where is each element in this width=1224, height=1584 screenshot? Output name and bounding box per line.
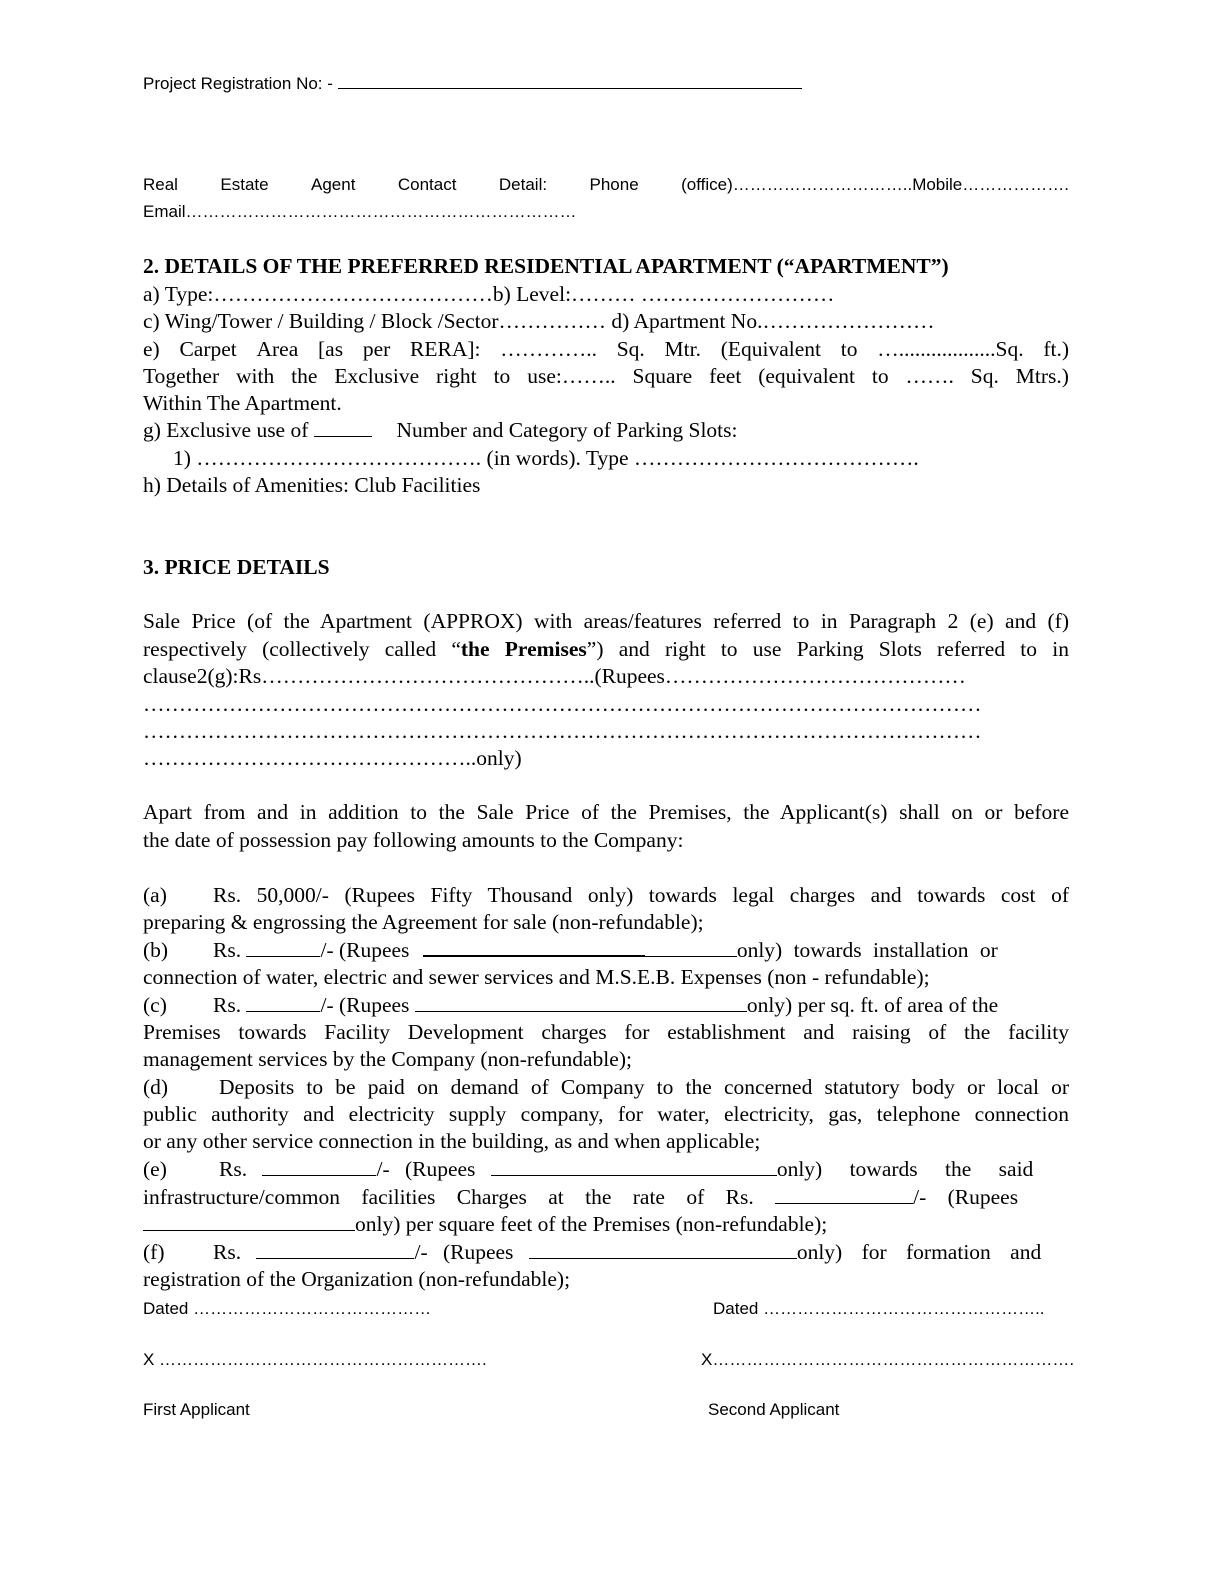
sale-price-text: respectively (collectively called “ bbox=[143, 637, 461, 661]
item-f-tail: only) for formation and bbox=[797, 1240, 1041, 1264]
exclusive-right-word: Sq. bbox=[971, 363, 999, 390]
project-registration-field[interactable] bbox=[338, 74, 802, 89]
agent-contact-word: (office)…………………………..Mobile………………. bbox=[681, 175, 1069, 195]
item-a-label: (a) bbox=[143, 882, 213, 909]
rupees-text: /- (Rupees bbox=[320, 938, 409, 962]
within-apartment-line: Within The Apartment. bbox=[143, 390, 1069, 417]
agent-contact-word: Detail: bbox=[499, 175, 547, 195]
item-f-line-1: (f)Rs. /- (Rupees only) for formation an… bbox=[143, 1239, 1069, 1266]
agent-contact-word: Contact bbox=[398, 175, 457, 195]
item-d-text: Deposits to be paid on demand of Company… bbox=[219, 1074, 1069, 1101]
rs-text: Rs. bbox=[213, 938, 241, 962]
item-a-line-1: (a) Rs. 50,000/- (Rupees Fifty Thousand … bbox=[143, 882, 1069, 909]
item-f-line-2: registration of the Organization (non-re… bbox=[143, 1266, 1069, 1293]
additional-amounts-line-1: Apart from and in addition to the Sale P… bbox=[143, 799, 1069, 826]
rupees-text: /- (Rupees bbox=[320, 993, 409, 1017]
exclusive-right-word: Square bbox=[633, 363, 693, 390]
carpet-area-word: Mtr. bbox=[665, 336, 701, 363]
parking-count-field[interactable] bbox=[314, 418, 372, 437]
item-d-line-1: (d) Deposits to be paid on demand of Com… bbox=[143, 1074, 1069, 1101]
item-e-line-2: infrastructure/common facilities Charges… bbox=[143, 1184, 1069, 1211]
carpet-area-word: ft.) bbox=[1043, 336, 1069, 363]
item-e-tail: only) towards the said bbox=[777, 1157, 1033, 1181]
carpet-area-word: RERA]: bbox=[410, 336, 480, 363]
item-c-line-1: (c)Rs. /- (Rupees only) per sq. ft. of a… bbox=[143, 992, 1069, 1019]
item-c-line-3: management services by the Company (non-… bbox=[143, 1046, 1069, 1073]
section-2-title: 2. DETAILS OF THE PREFERRED RESIDENTIAL … bbox=[143, 253, 1069, 280]
item-c-label: (c) bbox=[143, 992, 213, 1019]
agent-email-line: Email…………………………………………………………… bbox=[143, 202, 1069, 222]
project-registration-label: Project Registration No: - bbox=[143, 74, 333, 93]
carpet-area-line: e)CarpetArea[asperRERA]:…………..Sq.Mtr.(Eq… bbox=[143, 336, 1069, 363]
item-f-amount-field[interactable] bbox=[256, 1240, 414, 1259]
item-e-words-field[interactable] bbox=[491, 1157, 777, 1176]
additional-amounts-line-2: the date of possession pay following amo… bbox=[143, 827, 1069, 854]
sale-price-rs-line: clause2(g):Rs………………………………………..(Rupees………… bbox=[143, 663, 1069, 690]
item-f-label: (f) bbox=[143, 1239, 213, 1266]
rupees-only-line: ………………………………………..only) bbox=[143, 745, 1069, 772]
item-d-line-3: or any other service connection in the b… bbox=[143, 1128, 1069, 1155]
item-e-rate-words-field[interactable] bbox=[143, 1212, 355, 1231]
sale-price-text: ”) and right to use Parking Slots referr… bbox=[587, 637, 1069, 661]
agent-contact-word: Estate bbox=[220, 175, 268, 195]
exclusive-right-word: with bbox=[236, 363, 274, 390]
item-b-label: (b) bbox=[143, 937, 213, 964]
parking-suffix: Number and Category of Parking Slots: bbox=[397, 418, 738, 442]
premises-term: the Premises bbox=[461, 637, 587, 661]
carpet-area-word: ………….. bbox=[500, 336, 597, 363]
parking-line: g) Exclusive use of Number and Category … bbox=[143, 417, 1069, 444]
item-c-words-field[interactable] bbox=[415, 993, 747, 1012]
carpet-area-word: per bbox=[363, 336, 390, 363]
rupees-dots-line-2[interactable]: ……………………………………………………………………………………………………… bbox=[143, 718, 1069, 745]
item-e-label: (e) bbox=[143, 1156, 219, 1183]
exclusive-right-word: ……. bbox=[906, 363, 954, 390]
item-c-amount-field[interactable] bbox=[246, 993, 320, 1012]
carpet-area-word: …..................Sq. bbox=[877, 336, 1023, 363]
item-e-amount-field[interactable] bbox=[262, 1157, 376, 1176]
exclusive-right-word: use:…….. bbox=[527, 363, 615, 390]
item-b-amount-field[interactable] bbox=[246, 938, 320, 957]
type-level-line: a) Type:…………………………………b) Level:……… ………………… bbox=[143, 281, 1069, 308]
item-a-line-2: preparing & engrossing the Agreement for… bbox=[143, 909, 1069, 936]
dated-right[interactable]: Dated ………………………………………….. bbox=[713, 1299, 1045, 1319]
item-e-line-3: only) per square feet of the Premises (n… bbox=[143, 1211, 1069, 1238]
exclusive-right-word: Exclusive bbox=[334, 363, 419, 390]
exclusive-right-word: feet bbox=[709, 363, 741, 390]
wing-apartment-line: c) Wing/Tower / Building / Block /Sector… bbox=[143, 308, 1069, 335]
item-e-line-3-text: only) per square feet of the Premises (n… bbox=[355, 1212, 827, 1236]
rupees-text: /- (Rupees bbox=[414, 1240, 513, 1264]
carpet-area-word: Area bbox=[256, 336, 298, 363]
carpet-area-word: Sq. bbox=[617, 336, 645, 363]
exclusive-right-word: right bbox=[436, 363, 477, 390]
item-c-line-2: Premises towards Facility Development ch… bbox=[143, 1019, 1069, 1046]
sale-price-line-2: respectively (collectively called “the P… bbox=[143, 636, 1069, 663]
item-d-label: (d) bbox=[143, 1074, 219, 1101]
rupees-text: /- (Rupees bbox=[913, 1185, 1018, 1209]
rs-text: Rs. bbox=[219, 1157, 247, 1181]
agent-contact-word: Real bbox=[143, 175, 178, 195]
item-f-words-field[interactable] bbox=[529, 1240, 797, 1259]
exclusive-right-word: Mtrs.) bbox=[1016, 363, 1069, 390]
parking-prefix: g) Exclusive use of bbox=[143, 418, 308, 442]
exclusive-right-line: TogetherwiththeExclusiverighttouse:……..S… bbox=[143, 363, 1069, 390]
item-e-rate-text: infrastructure/common facilities Charges… bbox=[143, 1185, 754, 1209]
rupees-text: /- (Rupees bbox=[376, 1157, 475, 1181]
exclusive-right-word: Together bbox=[143, 363, 219, 390]
item-d-line-2: public authority and electricity supply … bbox=[143, 1101, 1069, 1128]
agent-contact-line: RealEstateAgentContactDetail:Phone(offic… bbox=[143, 175, 1069, 195]
exclusive-right-word: to bbox=[494, 363, 511, 390]
rupees-dots-line-1[interactable]: ……………………………………………………………………………………………………… bbox=[143, 691, 1069, 718]
section-3-title: 3. PRICE DETAILS bbox=[143, 554, 1069, 581]
amenities-line: h) Details of Amenities: Club Facilities bbox=[143, 472, 1069, 499]
carpet-area-word: [as bbox=[318, 336, 343, 363]
item-b-line-1: (b)Rs. /- (Rupees only) towards installa… bbox=[143, 937, 1069, 964]
exclusive-right-word: to bbox=[872, 363, 889, 390]
sale-price-line-1: Sale Price (of the Apartment (APPROX) wi… bbox=[143, 608, 1069, 635]
first-applicant-label: First Applicant bbox=[143, 1400, 1069, 1420]
carpet-area-word: e) bbox=[143, 336, 160, 363]
rs-text: Rs. bbox=[213, 1240, 241, 1264]
carpet-area-word: to bbox=[841, 336, 858, 363]
rs-text: Rs. bbox=[213, 993, 241, 1017]
item-b-line-2: connection of water, electric and sewer … bbox=[143, 964, 1069, 991]
project-registration-line: Project Registration No: - bbox=[143, 74, 1069, 94]
carpet-area-word: (Equivalent bbox=[721, 336, 821, 363]
item-b-words-field-ext[interactable] bbox=[645, 938, 737, 957]
item-e-rate-field[interactable] bbox=[775, 1185, 913, 1204]
signature-right[interactable]: X………………………………………………………. bbox=[701, 1350, 1074, 1370]
item-b-tail: only) towards installation or bbox=[737, 938, 998, 962]
carpet-area-word: Carpet bbox=[179, 336, 236, 363]
item-e-line-1: (e)Rs. /- (Rupees only) towards the said bbox=[143, 1156, 1069, 1183]
parking-slot-1-line: 1) …………………………………. (in words). Type ……………… bbox=[173, 445, 1099, 472]
agent-contact-word: Phone bbox=[590, 175, 639, 195]
exclusive-right-word: (equivalent bbox=[758, 363, 855, 390]
item-c-tail: only) per sq. ft. of area of the bbox=[747, 993, 998, 1017]
item-b-words-field[interactable] bbox=[423, 937, 645, 957]
item-a-text: Rs. 50,000/- (Rupees Fifty Thousand only… bbox=[213, 882, 1069, 909]
exclusive-right-word: the bbox=[291, 363, 317, 390]
second-applicant-label: Second Applicant bbox=[708, 1400, 839, 1420]
agent-contact-word: Agent bbox=[311, 175, 355, 195]
